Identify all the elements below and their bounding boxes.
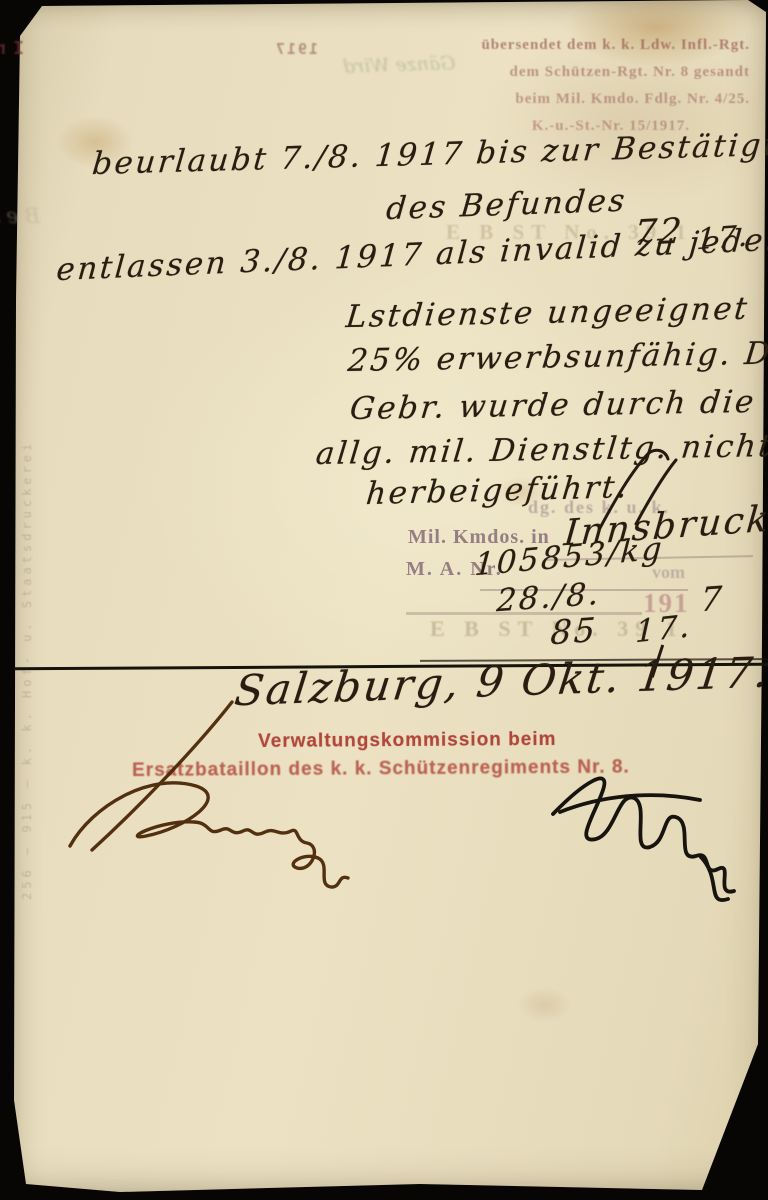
scanned-document: Innsbruck 1917 übersendet dem k. k. Ldw.… <box>0 0 768 1200</box>
handwriting-number-85-suffix: 17. <box>635 608 693 650</box>
bleedthrough-green-note: Gänze Wird <box>343 52 456 78</box>
handwriting-line-gebrechen: Gebr. wurde durch die <box>348 384 758 427</box>
bleedthrough-typewriter-block: übersendet dem k. k. Ldw. Infl.-Rgt. dem… <box>410 32 750 140</box>
handwriting-jahr-ziffer: 7 <box>699 578 725 619</box>
bleedthrough-mirrored-band: Bestätigung des Befundes <box>0 204 40 228</box>
bleedthrough-mirrored-stamp: Innsbruck <box>0 38 24 59</box>
typewriter-line: übersendet dem k. k. Ldw. Infl.-Rgt. <box>410 32 750 59</box>
verwaltungskommission-stamp-line1: Verwaltungskommission beim <box>258 729 557 753</box>
typewriter-line: dem Schützen-Rgt. Nr. 8 gesandt <box>410 59 750 86</box>
verwaltungskommission-stamp-line2: Ersatzbataillon des k. k. Schützenregime… <box>132 757 630 782</box>
handwriting-number-85: 85 <box>549 610 599 653</box>
bleedthrough-mirrored-year: 1917 <box>274 40 318 58</box>
handwriting-line-erwerb: 25% erwerbsunfähig. Das <box>346 335 768 379</box>
typewriter-line: beim Mil. Kmdo. Fdlg. Nr. 4/25. <box>410 86 750 113</box>
